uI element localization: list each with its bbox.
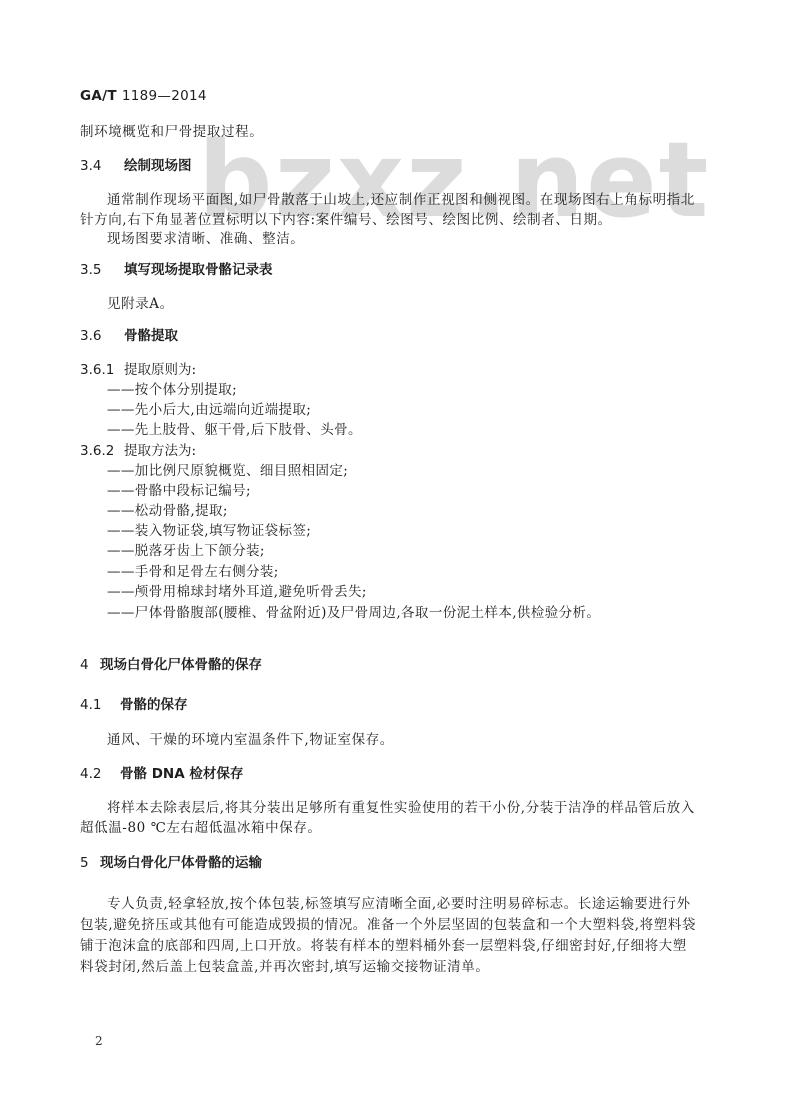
section-4-1-paragraph: 通风、干燥的环境内室温条件下,物证室保存。: [107, 732, 394, 748]
section-3-6-heading: 3.6骨骼提取: [80, 328, 178, 344]
section-3-6-1-heading: 3.6.1提取原则为:: [80, 362, 196, 378]
section-5-paragraph-line3: 铺于泡沫盒的底部和四周,上口开放。将装有样本的塑料桶外套一层塑料袋,仔细密封好,…: [80, 938, 687, 954]
list-item: ——加比例尺原貌概览、细目照相固定;: [107, 463, 348, 479]
section-5-paragraph-line4: 料袋封闭,然后盖上包装盒盖,并再次密封,填写运输交接物证清单。: [80, 959, 489, 975]
section-4-2-paragraph-line2: 超低温-80 ℃左右超低温冰箱中保存。: [80, 820, 322, 836]
list-item: ——尸体骨骼腹部(腰椎、骨盆附近)及尸骨周边,各取一份泥土样本,供检验分析。: [107, 605, 600, 621]
section-3-4-paragraph2: 现场图要求清晰、准确、整洁。: [107, 231, 304, 247]
list-item: ——先上肢骨、躯干骨,后下肢骨、头骨。: [107, 422, 362, 438]
section-4-2-heading: 4.2骨骼 DNA 检材保存: [80, 766, 243, 782]
section-5-paragraph-line2: 包装,避免挤压或其他有可能造成毁损的情况。准备一个外层坚固的包装盒和一个大塑料袋…: [80, 917, 696, 933]
section-3-6-2-heading: 3.6.2提取方法为:: [80, 443, 196, 459]
document-page: bzxz.net GA/T 1189—2014 制环境概览和尸骨提取过程。 3.…: [0, 0, 800, 1106]
section-3-5-heading: 3.5填写现场提取骨骼记录表: [80, 262, 273, 278]
list-item: ——松动骨骼,提取;: [107, 503, 228, 519]
section-5-paragraph-line1: 专人负责,轻拿轻放,按个体包装,标签填写应清晰全面,必要时注明易碎标志。长途运输…: [107, 896, 691, 912]
running-header: GA/T 1189—2014: [80, 88, 207, 104]
continued-paragraph: 制环境概览和尸骨提取过程。: [80, 124, 263, 140]
header-code: GA/T: [80, 88, 117, 104]
header-number: 1189—2014: [122, 88, 207, 104]
list-item: ——颅骨用棉球封堵外耳道,避免听骨丢失;: [107, 584, 367, 600]
section-3-4-paragraph-line1: 通常制作现场平面图,如尸骨散落于山坡上,还应制作正视图和侧视图。在现场图右上角标…: [107, 192, 695, 208]
section-4-1-heading: 4.1骨骼的保存: [80, 697, 188, 713]
section-3-4-heading: 3.4绘制现场图: [80, 158, 192, 174]
list-item: ——按个体分别提取;: [107, 382, 237, 398]
list-item: ——骨骼中段标记编号;: [107, 483, 251, 499]
section-3-4-paragraph-line2: 针方向,右下角显著位置标明以下内容:案件编号、绘图号、绘图比例、绘制者、日期。: [80, 212, 612, 228]
section-4-2-paragraph-line1: 将样本去除表层后,将其分装出足够所有重复性实验使用的若干小份,分装于洁净的样品管…: [107, 800, 695, 816]
section-5-heading: 5现场白骨化尸体骨骼的运输: [80, 855, 262, 871]
section-3-5-paragraph: 见附录A。: [107, 296, 174, 312]
list-item: ——手骨和足骨左右侧分装;: [107, 564, 279, 580]
section-4-heading: 4现场白骨化尸体骨骼的保存: [80, 657, 262, 673]
list-item: ——装入物证袋,填写物证袋标签;: [107, 523, 311, 539]
list-item: ——脱落牙齿上下颌分装;: [107, 543, 265, 559]
page-number: 2: [95, 1034, 103, 1048]
list-item: ——先小后大,由远端向近端提取;: [107, 402, 311, 418]
